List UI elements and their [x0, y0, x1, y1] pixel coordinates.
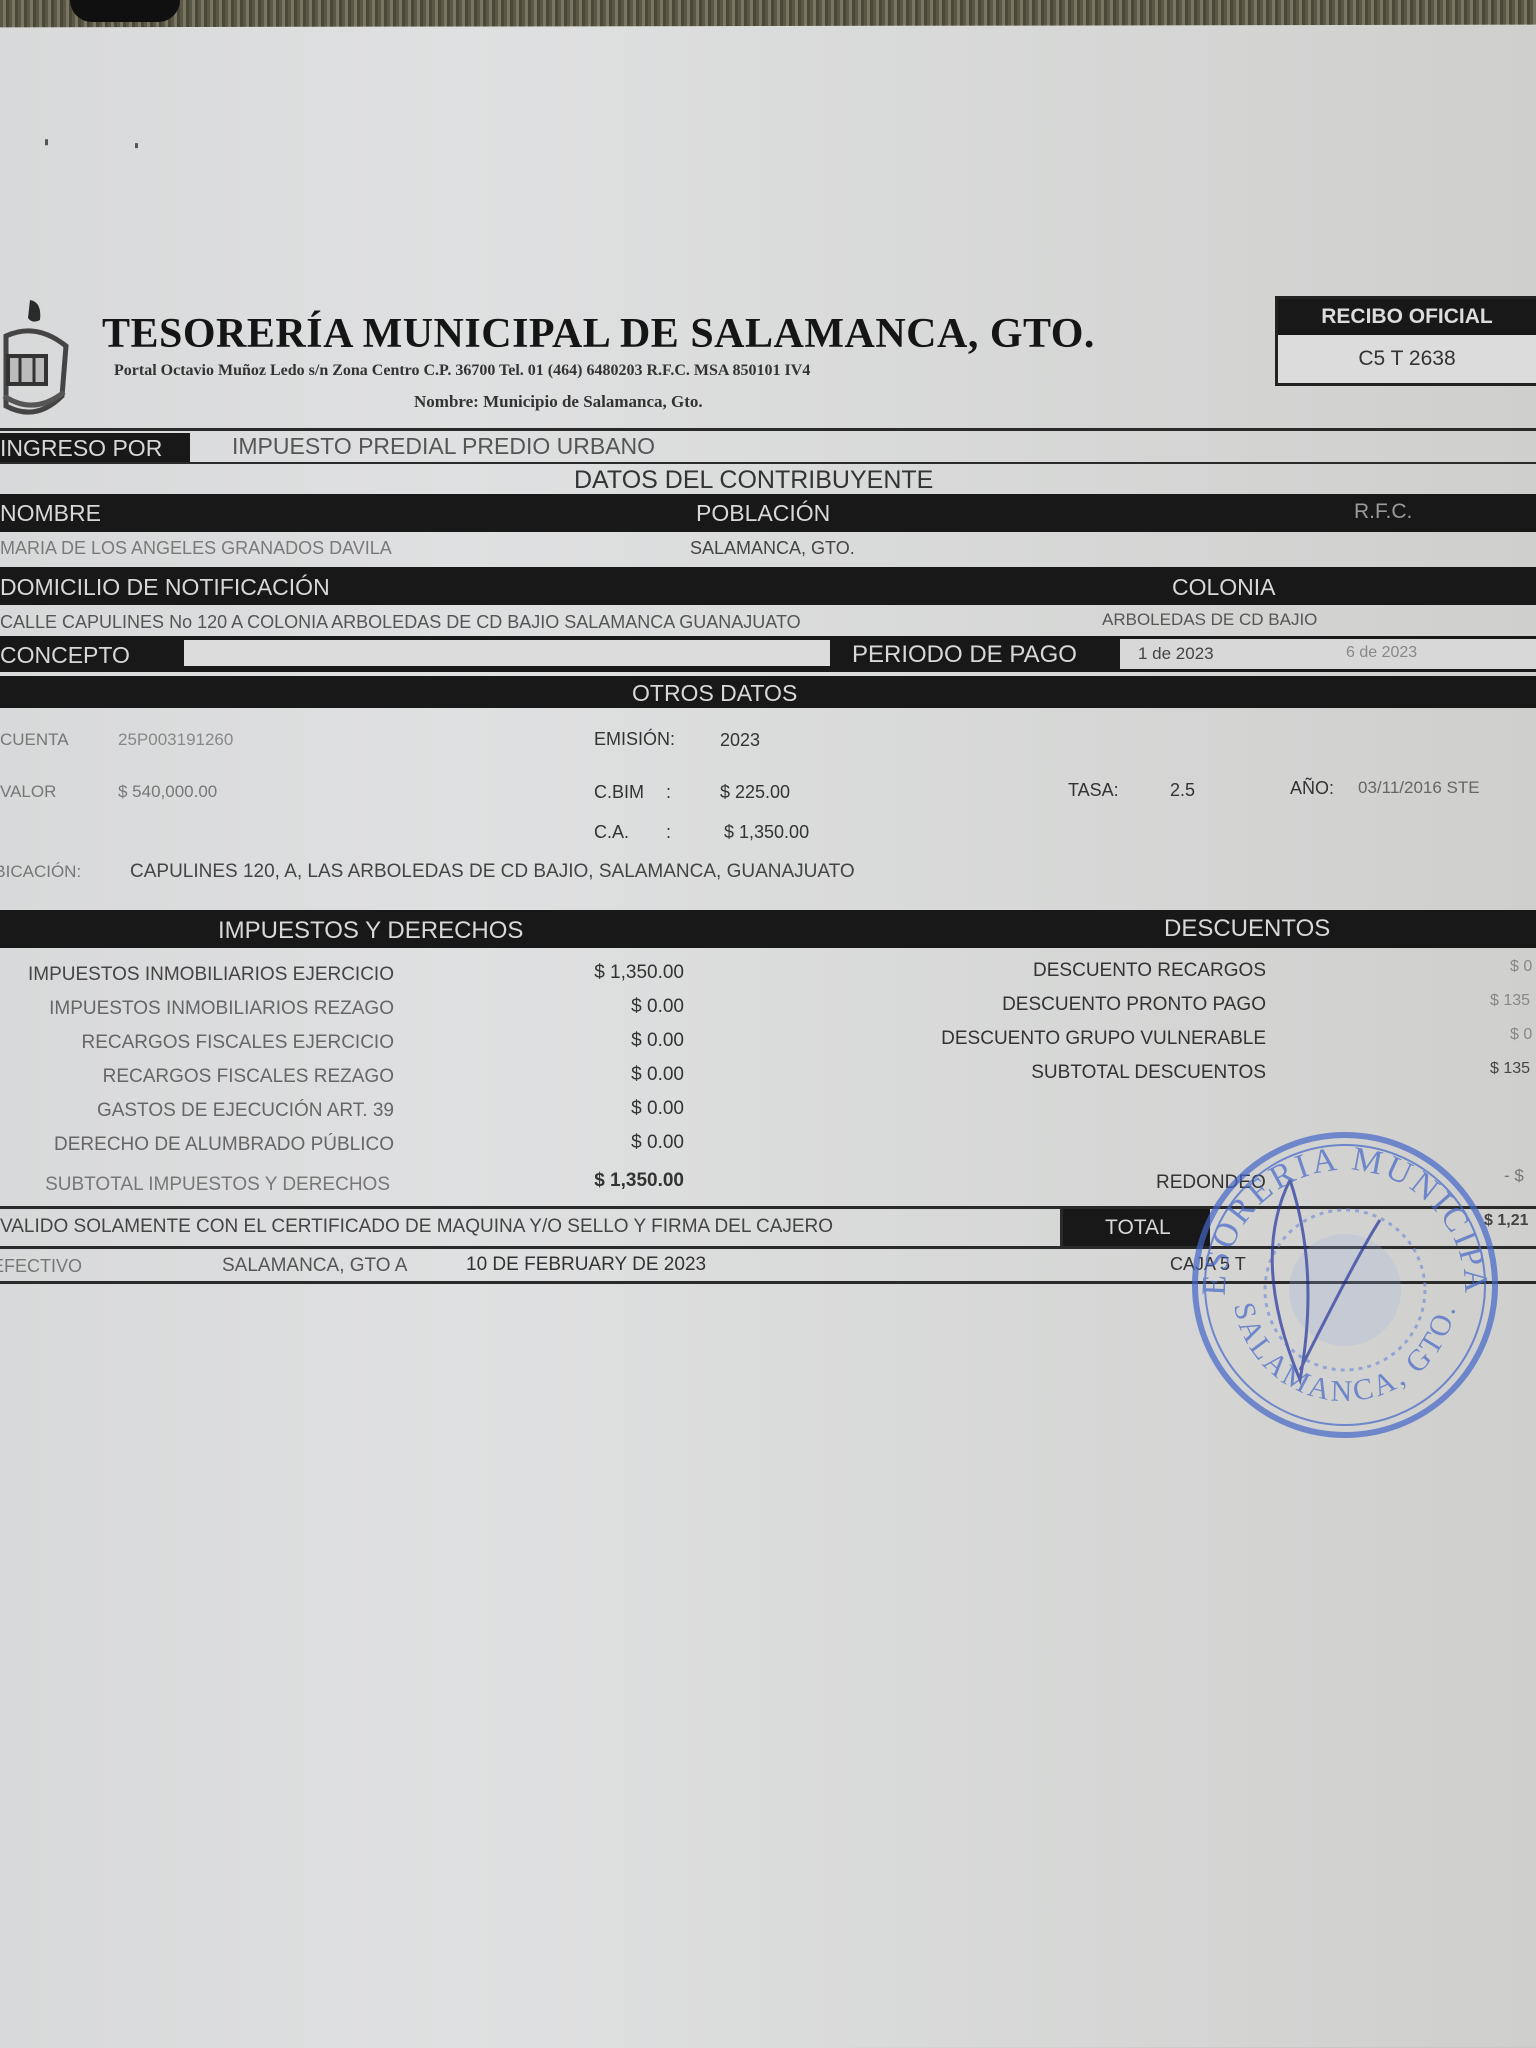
impuesto-label: RECARGOS FISCALES REZAGO	[103, 1066, 394, 1088]
ingreso-label: INGRESO POR	[0, 435, 162, 462]
receipt-number: C5 T 2638	[1278, 335, 1536, 383]
tasa-label: TASA:	[1068, 780, 1119, 801]
impuesto-value: $ 0.00	[631, 996, 684, 1018]
cbim-colon: :	[666, 782, 671, 803]
subtotal-impuestos-value: $ 1,350.00	[594, 1170, 684, 1192]
domicilio-header-bar: DOMICILIO DE NOTIFICACIÓN COLONIA	[0, 567, 1536, 605]
otros-datos-heading: OTROS DATOS	[632, 680, 797, 707]
periodo-label: PERIODO DE PAGO	[852, 641, 1077, 669]
concepto-field	[184, 640, 830, 666]
cbim-label: C.BIM	[594, 782, 644, 803]
descuento-label: DESCUENTO RECARGOS	[1033, 960, 1266, 982]
ingreso-value: IMPUESTO PREDIAL PREDIO URBANO	[232, 433, 655, 460]
subtotal-impuestos-label: SUBTOTAL IMPUESTOS Y DERECHOS	[45, 1174, 390, 1196]
domicilio-label: DOMICILIO DE NOTIFICACIÓN	[0, 574, 330, 601]
contribuyente-header-bar: NOMBRE POBLACIÓN R.F.C.	[0, 494, 1536, 532]
divider	[0, 462, 1536, 464]
divider	[0, 428, 1536, 431]
impuestos-descuentos-bar: IMPUESTOS Y DERECHOS DESCUENTOS	[0, 910, 1536, 948]
municipality-name: Nombre: Municipio de Salamanca, Gto.	[414, 392, 703, 412]
nombre-label: NOMBRE	[0, 500, 101, 527]
emision-label: EMISIÓN:	[594, 729, 675, 750]
cbim-value: $ 225.00	[720, 782, 790, 803]
ingreso-label-cell: INGRESO POR	[0, 433, 190, 462]
municipal-coat-of-arms-icon	[0, 296, 72, 426]
impuesto-label: IMPUESTOS INMOBILIARIOS EJERCICIO	[28, 964, 394, 986]
impuesto-label: IMPUESTOS INMOBILIARIOS REZAGO	[49, 998, 394, 1020]
treasury-seal-stamp-icon: TESORERIA MUNICIPAL SALAMANCA, GTO.	[1180, 1120, 1510, 1450]
shadow	[70, 0, 180, 22]
impuesto-label: GASTOS DE EJECUCIÓN ART. 39	[97, 1100, 394, 1122]
descuento-value: $ 135	[1490, 992, 1530, 1010]
receipt-label: RECIBO OFICIAL	[1278, 299, 1536, 335]
treasury-address: Portal Octavio Muñoz Ledo s/n Zona Centr…	[114, 362, 810, 380]
impuesto-value: $ 1,350.00	[594, 962, 684, 984]
tasa-value: 2.5	[1170, 780, 1195, 801]
impuesto-label: RECARGOS FISCALES EJERCICIO	[81, 1032, 394, 1054]
anio-value: 03/11/2016 STE	[1358, 778, 1480, 798]
cuenta-label: CUENTA	[0, 730, 69, 750]
efectivo-label: EFECTIVO	[0, 1256, 82, 1277]
colonia-label: COLONIA	[1172, 574, 1276, 601]
fecha-text: 10 DE FEBRUARY DE 2023	[466, 1254, 706, 1276]
colonia-value: ARBOLEDAS DE CD BAJIO	[1102, 610, 1317, 630]
treasury-title: TESORERÍA MUNICIPAL DE SALAMANCA, GTO.	[102, 310, 1095, 358]
impuesto-value: $ 0.00	[631, 1030, 684, 1052]
rfc-label: R.F.C.	[1354, 500, 1412, 524]
speck	[45, 139, 48, 145]
descuento-value: $ 0	[1510, 1026, 1532, 1044]
otros-datos-bar: OTROS DATOS	[0, 676, 1536, 708]
concepto-label: CONCEPTO	[0, 642, 130, 669]
impuesto-label: DERECHO DE ALUMBRADO PÚBLICO	[54, 1134, 394, 1156]
ca-colon: :	[666, 822, 671, 843]
nombre-value: MARIA DE LOS ANGELES GRANADOS DAVILA	[0, 538, 392, 559]
cuenta-value: 25P003191260	[118, 730, 233, 750]
descuentos-heading: DESCUENTOS	[1164, 915, 1330, 943]
ca-value: $ 1,350.00	[724, 822, 809, 843]
descuento-value: $ 135	[1490, 1060, 1530, 1078]
official-receipt-box: RECIBO OFICIAL C5 T 2638	[1275, 296, 1536, 386]
ubicacion-label: UBICACIÓN:	[0, 862, 81, 882]
descuento-value: $ 0	[1510, 958, 1532, 976]
impuesto-value: $ 0.00	[631, 1132, 684, 1154]
periodo-hasta: 6 de 2023	[1346, 644, 1417, 662]
speck	[135, 143, 138, 148]
concepto-bar: CONCEPTO PERIODO DE PAGO 1 de 2023 6 de …	[0, 636, 1536, 672]
domicilio-value: CALLE CAPULINES No 120 A COLONIA ARBOLED…	[0, 612, 801, 633]
descuento-label: SUBTOTAL DESCUENTOS	[1031, 1062, 1266, 1084]
poblacion-label: POBLACIÓN	[696, 500, 830, 527]
ubicacion-value: CAPULINES 120, A, LAS ARBOLEDAS DE CD BA…	[130, 861, 855, 883]
descuento-label: DESCUENTO PRONTO PAGO	[1002, 994, 1266, 1016]
validez-text: VALIDO SOLAMENTE CON EL CERTIFICADO DE M…	[0, 1216, 833, 1238]
impuestos-heading: IMPUESTOS Y DERECHOS	[218, 917, 523, 945]
ca-label: C.A.	[594, 822, 629, 843]
impuesto-value: $ 0.00	[631, 1064, 684, 1086]
total-label: TOTAL	[1105, 1216, 1171, 1240]
datos-contribuyente-heading: DATOS DEL CONTRIBUYENTE	[574, 466, 933, 495]
periodo-desde: 1 de 2023	[1138, 644, 1214, 664]
valor-value: $ 540,000.00	[118, 782, 217, 802]
periodo-field: 1 de 2023 6 de 2023	[1120, 639, 1536, 669]
valor-label: VALOR	[0, 782, 56, 802]
anio-label: AÑO:	[1290, 778, 1334, 799]
lugar-text: SALAMANCA, GTO A	[222, 1255, 407, 1277]
descuento-label: DESCUENTO GRUPO VULNERABLE	[941, 1028, 1266, 1050]
poblacion-value: SALAMANCA, GTO.	[690, 538, 855, 559]
emision-value: 2023	[720, 730, 760, 751]
impuesto-value: $ 0.00	[631, 1098, 684, 1120]
